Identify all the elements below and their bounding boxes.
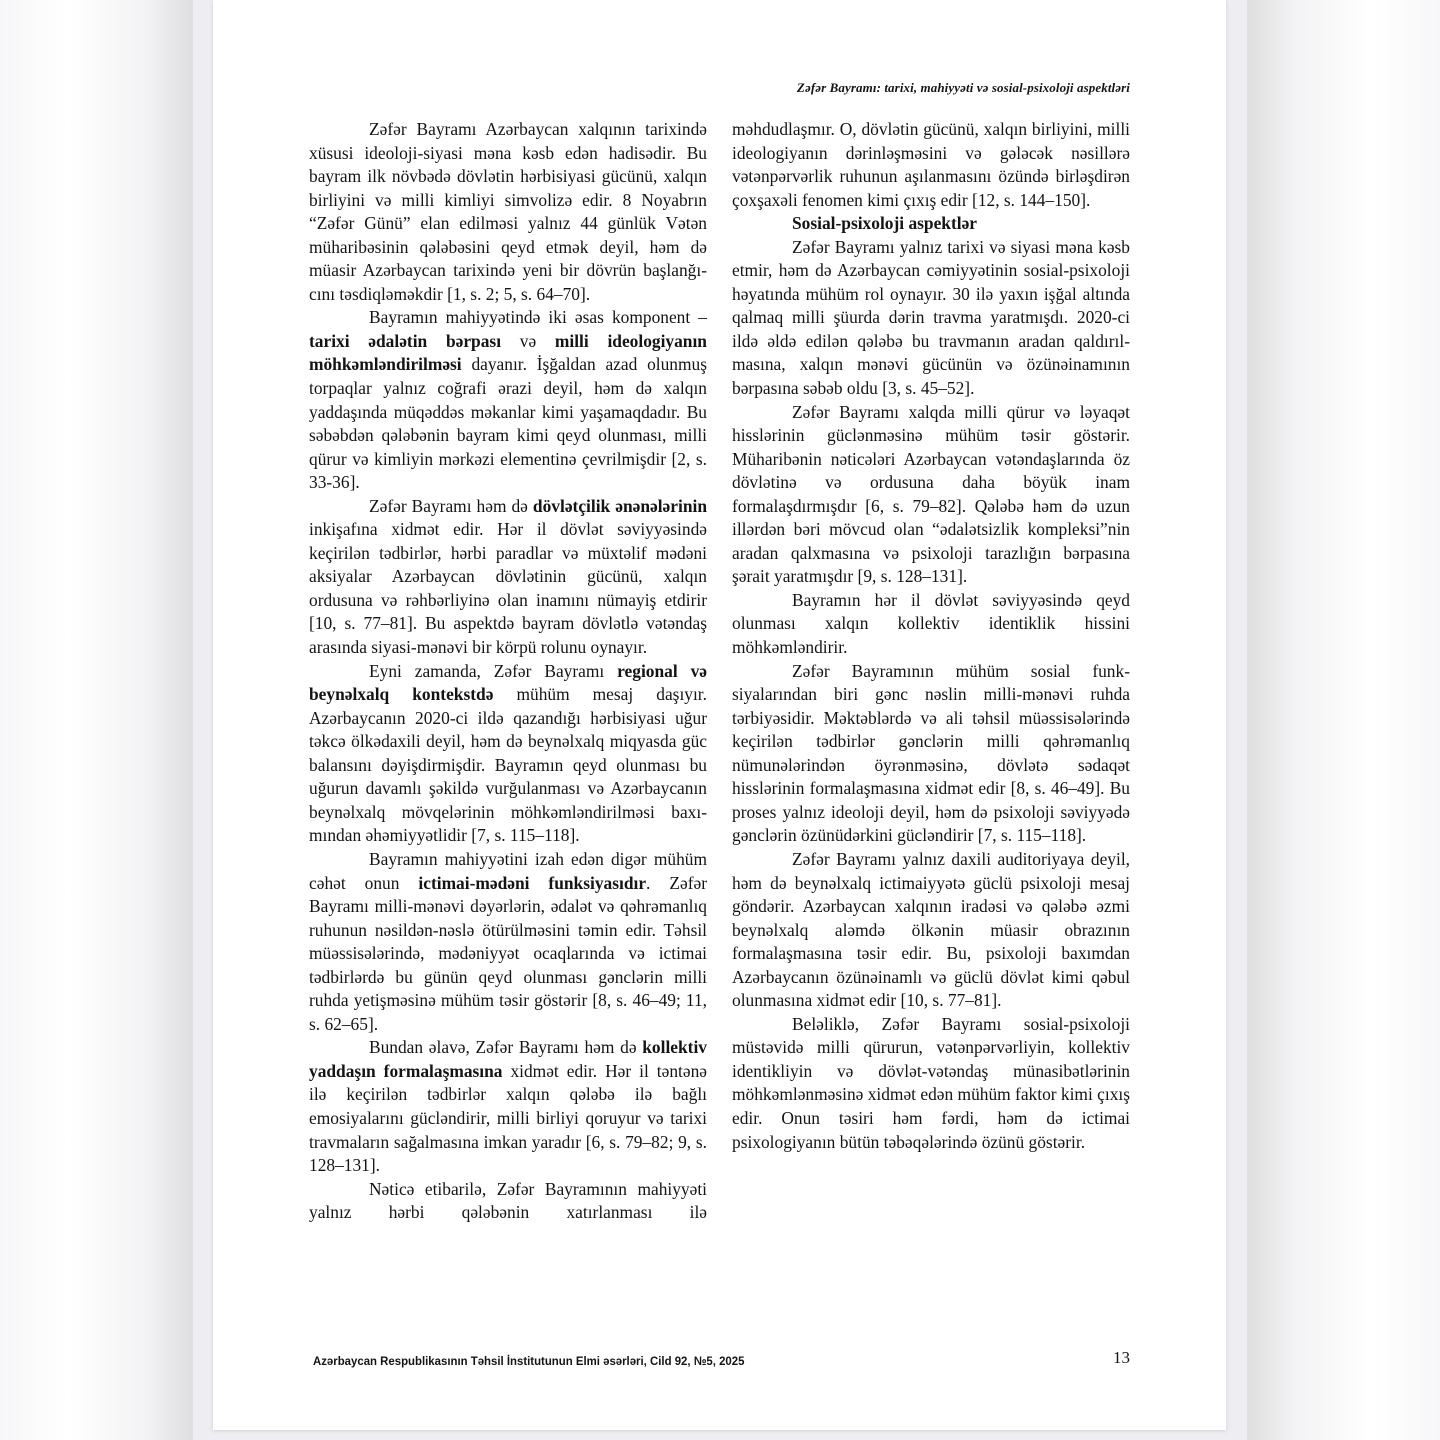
text-run: Nəticə etibarilə, Zəfər Bayramının ma­hi… [309,1179,707,1223]
text-run: dayanır. İşğaldan azad olunmuş torpaqlar… [309,354,707,492]
text-run: . Zəfər Bayramı milli-mənəvi dəyərlərin,… [309,873,707,1034]
text-run: Zəfər Bayramı həm də [369,496,533,516]
paragraph: Zəfər Bayramı xalqda milli qürur və lə­y… [732,401,1130,589]
paragraph: Zəfər Bayramı yalnız tarixi və siyasi mə… [732,236,1130,401]
text-run: Bayramın mahiyyətində iki əsas kompo­nen… [369,307,707,327]
bold-term: ictimai-mədəni funksiyası­dır [418,873,646,893]
page-number: 13 [1113,1348,1130,1368]
paragraph: Bayramın mahiyyətində iki əsas kompo­nen… [309,306,707,494]
bold-term: tarixi ədalətin bərpası [309,331,501,351]
right-viewer-margin [1247,0,1440,1440]
paragraph: Zəfər Bayramı Azərbaycan xalqının tari­x… [309,118,707,306]
bold-term: dövlətçilik ənə­nələrinin [533,496,707,516]
left-viewer-margin [0,0,193,1440]
text-run: və [501,331,555,351]
paragraph: Zəfər Bayramı yalnız daxili auditoriyaya… [732,848,1130,1013]
text-run: inkişafına xidmət edir. Hər il dövlət sə… [309,519,707,657]
section-heading: Sosial-psixoloji aspektlər [732,212,1130,236]
text-run: Bundan əlavə, Zəfər Bayramı həm də [369,1037,642,1057]
paragraph: Bundan əlavə, Zəfər Bayramı həm də kolle… [309,1036,707,1177]
paragraph: Bayramın mahiyyətini izah edən digər müh… [309,848,707,1036]
journal-footer: Azərbaycan Respublikasının Təhsil İnstit… [313,1354,744,1368]
paragraph: Bayramın hər il dövlət səviyyəsində qeyd… [732,589,1130,660]
paragraph-continuation: məhdudlaşmır. O, dövlətin gücünü, xalqın… [732,118,1130,212]
paragraph: Zəfər Bayramı həm də dövlətçilik ənə­nəl… [309,495,707,660]
right-text-column: məhdudlaşmır. O, dövlətin gücünü, xalqın… [732,118,1130,1154]
text-run: mühüm mesaj daşı­yır. Azərbaycanın 2020-… [309,684,707,845]
paragraph: Beləliklə, Zəfər Bayramı sosial-psixoloj… [732,1013,1130,1154]
paragraph: Zəfər Bayramının mühüm sosial funk­siyal… [732,660,1130,848]
document-page[interactable]: Zəfər Bayramı: tarixi, mahiyyəti və sosi… [213,0,1226,1430]
text-run: Zəfər Bayramı Azərbaycan xalqının tari­x… [309,119,707,304]
running-head: Zəfər Bayramı: tarixi, mahiyyəti və sosi… [797,80,1130,96]
left-text-column: Zəfər Bayramı Azərbaycan xalqının tari­x… [309,118,707,1225]
document-viewer: Zəfər Bayramı: tarixi, mahiyyəti və sosi… [0,0,1440,1440]
text-run: Eyni zamanda, Zəfər Bayramı [369,661,617,681]
paragraph: Eyni zamanda, Zəfər Bayramı regional və … [309,660,707,848]
paragraph: Nəticə etibarilə, Zəfər Bayramının ma­hi… [309,1178,707,1225]
